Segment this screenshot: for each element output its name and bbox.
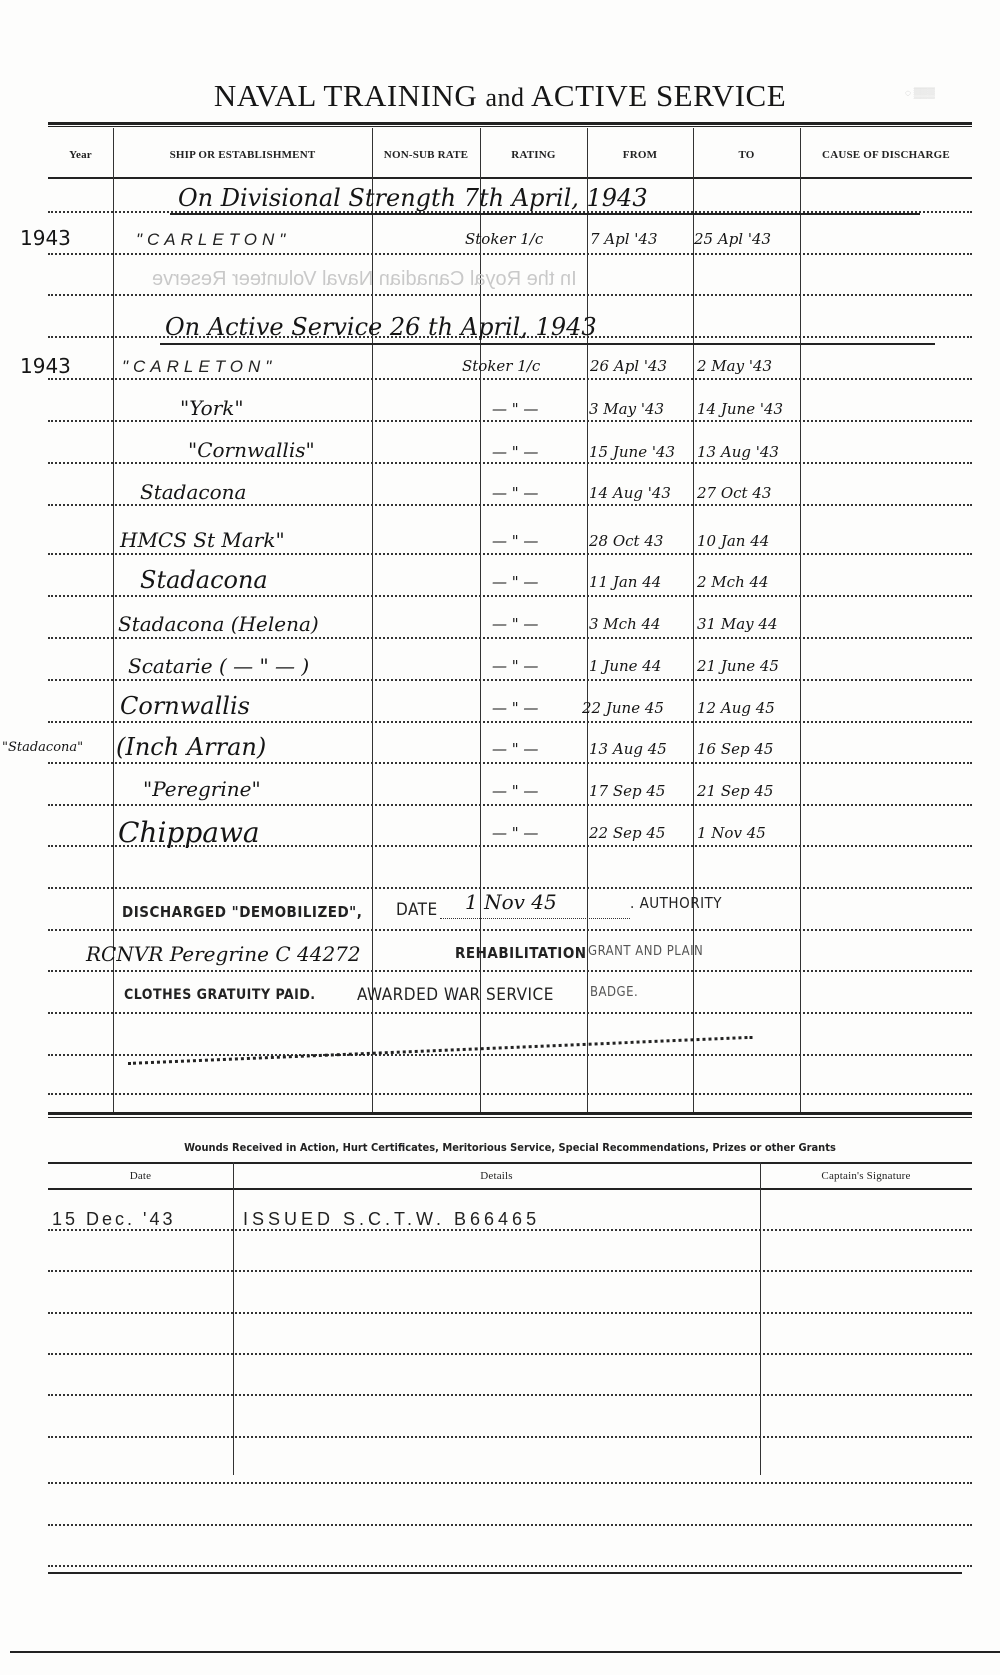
row-line xyxy=(48,595,972,597)
table-top-rule-2 xyxy=(48,126,972,127)
row-to: 27 Oct 43 xyxy=(697,484,771,502)
row-rating: — " — xyxy=(492,824,538,842)
row-line xyxy=(48,1012,972,1014)
row-to: 21 Sep 45 xyxy=(697,782,773,800)
awards-col-header-date: Date xyxy=(48,1170,233,1182)
row-rating: — " — xyxy=(492,573,538,591)
row-to: 2 May '43 xyxy=(697,357,772,375)
rehabilitation-label: REHABILITATION xyxy=(455,944,587,962)
row-rating: Stoker 1/c xyxy=(465,230,543,248)
awards-row-line xyxy=(48,1270,972,1272)
document-title: NAVAL TRAINING and ACTIVE SERVICE xyxy=(0,78,1000,114)
row-line xyxy=(48,637,972,639)
authority-label: . AUTHORITY xyxy=(630,894,722,912)
col-header-non-sub-rate: NON-SUB RATE xyxy=(372,149,480,161)
awards-row-line xyxy=(48,1229,972,1231)
divisional-strength-banner: On Divisional Strength 7th April, 1943 xyxy=(178,184,648,212)
rehabilitation-value: GRANT AND PLAIN xyxy=(588,944,703,959)
row-line xyxy=(48,804,972,806)
cancel-strike-line xyxy=(128,1036,753,1065)
row-to: 31 May 44 xyxy=(697,615,778,633)
row-to: 13 Aug '43 xyxy=(697,443,779,461)
row-line xyxy=(48,762,972,764)
row-from: 13 Aug 45 xyxy=(589,740,667,758)
row-line xyxy=(48,294,972,296)
banner-underline xyxy=(170,213,920,215)
banner-underline xyxy=(160,343,935,345)
title-part-1: NAVAL TRAINING xyxy=(214,78,477,113)
awards-header-bottom-rule xyxy=(48,1188,972,1190)
col-header-from: FROM xyxy=(587,149,693,161)
row-ship: Stadacona xyxy=(140,480,246,504)
col-header-cause-of-discharge: CAUSE OF DISCHARGE xyxy=(800,149,972,161)
discharge-date-value: 1 Nov 45 xyxy=(465,890,557,914)
page-bottom-edge xyxy=(10,1651,1000,1653)
table-bottom-rule-2 xyxy=(48,1117,972,1118)
awards-header-top-rule xyxy=(48,1162,972,1164)
row-rating: — " — xyxy=(492,657,538,675)
row-to: 16 Sep 45 xyxy=(697,740,773,758)
awards-col-divider xyxy=(233,1162,234,1475)
awards-col-divider xyxy=(760,1162,761,1475)
col-header-rating: RATING xyxy=(480,149,587,161)
row-from: 22 Sep 45 xyxy=(589,824,665,842)
row-ship: Cornwallis xyxy=(120,692,250,720)
date-label: DATE xyxy=(396,900,438,920)
row-rating: — " — xyxy=(492,400,538,418)
row-rating: — " — xyxy=(492,782,538,800)
row-ship: (Inch Arran) xyxy=(116,733,266,761)
row-line xyxy=(48,721,972,723)
row-from: 14 Aug '43 xyxy=(589,484,671,502)
discharged-demobilized-stamp: DISCHARGED "DEMOBILIZED", xyxy=(122,903,362,921)
title-part-2: ACTIVE SERVICE xyxy=(531,78,786,113)
row-line xyxy=(48,887,972,889)
row-line xyxy=(48,1054,972,1056)
authority-value: RCNVR Peregrine C 44272 xyxy=(86,942,361,966)
war-service-value: BADGE. xyxy=(590,985,638,1000)
row-from: 1 June 44 xyxy=(589,657,661,675)
table-bottom-rule xyxy=(48,1112,972,1115)
row-ship: Stadacona xyxy=(140,566,268,594)
row-from: 26 Apl '43 xyxy=(590,357,667,375)
active-service-banner: On Active Service 26 th April, 1943 xyxy=(165,313,597,341)
row-year: 1943 xyxy=(20,226,71,250)
row-year: 1943 xyxy=(20,354,71,378)
row-rating: Stoker 1/c xyxy=(462,357,540,375)
row-ship: "Cornwallis" xyxy=(188,438,315,462)
row-from: 11 Jan 44 xyxy=(589,573,661,591)
row-from: 17 Sep 45 xyxy=(589,782,665,800)
row-rating: — " — xyxy=(492,740,538,758)
col-header-ship: SHIP OR ESTABLISHMENT xyxy=(113,149,372,161)
row-to: 25 Apl '43 xyxy=(694,230,771,248)
row-ship: "York" xyxy=(180,396,244,420)
awards-bottom-rule xyxy=(48,1572,962,1574)
title-and: and xyxy=(485,83,524,112)
row-to: 14 June '43 xyxy=(697,400,783,418)
row-from: 3 May '43 xyxy=(589,400,664,418)
col-divider xyxy=(587,128,588,1112)
awards-row-details: ISSUED S.C.T.W. B66465 xyxy=(243,1209,540,1230)
awards-row-line xyxy=(48,1353,972,1355)
clothes-gratuity-stamp: CLOTHES GRATUITY PAID. xyxy=(124,987,316,1003)
row-year-annotation: "Stadacona" xyxy=(2,740,83,755)
awards-heading: Wounds Received in Action, Hurt Certific… xyxy=(48,1141,972,1154)
awards-row-line xyxy=(48,1524,972,1526)
row-from: 7 Apl '43 xyxy=(590,230,658,248)
row-to: 12 Aug 45 xyxy=(697,699,775,717)
awards-row-line xyxy=(48,1482,972,1484)
date-fill-line xyxy=(440,918,630,919)
row-ship: "CARLETON" xyxy=(122,357,276,377)
col-divider xyxy=(693,128,694,1112)
row-line xyxy=(48,253,972,255)
row-rating: — " — xyxy=(492,699,538,717)
awards-row-line xyxy=(48,1565,972,1567)
row-rating: — " — xyxy=(492,484,538,502)
awards-col-header-signature: Captain's Signature xyxy=(760,1170,972,1182)
awards-row-line xyxy=(48,1394,972,1396)
row-line xyxy=(48,553,972,555)
row-from: 28 Oct 43 xyxy=(589,532,663,550)
row-from: 15 June '43 xyxy=(589,443,675,461)
col-header-year: Year xyxy=(48,149,113,161)
row-rating: — " — xyxy=(492,532,538,550)
row-ship: Stadacona (Helena) xyxy=(118,612,319,636)
awards-row-line xyxy=(48,1436,972,1438)
col-divider xyxy=(800,128,801,1112)
awards-row-line xyxy=(48,1312,972,1314)
col-header-to: TO xyxy=(693,149,800,161)
row-to: 21 June 45 xyxy=(697,657,779,675)
row-ship: Chippawa xyxy=(118,816,260,849)
row-line xyxy=(48,929,972,931)
row-line xyxy=(48,1093,972,1095)
row-ship: HMCS St Mark" xyxy=(120,528,285,552)
row-line xyxy=(48,462,972,464)
table-top-rule xyxy=(48,122,972,125)
row-to: 10 Jan 44 xyxy=(697,532,769,550)
row-line xyxy=(48,970,972,972)
row-from: 22 June 45 xyxy=(582,699,664,717)
row-rating: — " — xyxy=(492,615,538,633)
row-to: 2 Mch 44 xyxy=(697,573,769,591)
row-line xyxy=(48,679,972,681)
row-rating: — " — xyxy=(492,443,538,461)
row-ship: "CARLETON" xyxy=(136,230,290,250)
row-from: 3 Mch 44 xyxy=(589,615,661,633)
row-line xyxy=(48,504,972,506)
row-ship: "Peregrine" xyxy=(143,777,261,801)
war-service-label: AWARDED WAR SERVICE xyxy=(357,985,554,1005)
awards-row-date: 15 Dec. '43 xyxy=(52,1209,176,1230)
row-ship: Scatarie ( — " — ) xyxy=(128,654,309,678)
row-line xyxy=(48,378,972,380)
reverse-showthrough-text: In the Royal Canadian Naval Volunteer Re… xyxy=(152,268,577,291)
row-line xyxy=(48,420,972,422)
header-bottom-rule xyxy=(48,177,972,179)
faint-stamp-mark: ◌ ▒▒▒ xyxy=(905,88,935,99)
row-to: 1 Nov 45 xyxy=(697,824,766,842)
awards-col-header-details: Details xyxy=(233,1170,760,1182)
